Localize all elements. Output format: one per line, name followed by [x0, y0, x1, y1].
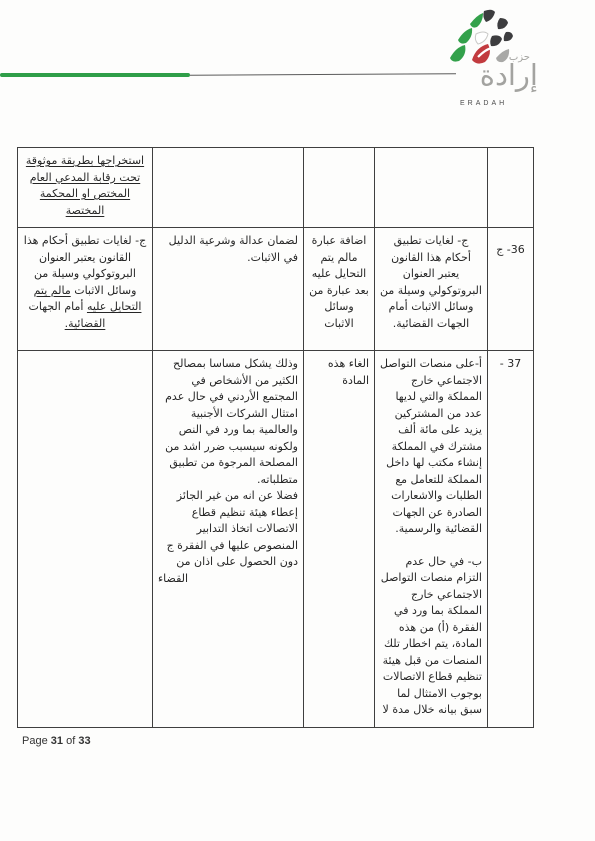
- cell-justification: وذلك يشكل مساسا بمصالح الكثير من الأشخاص…: [153, 351, 304, 728]
- cell-amended-text: ج- لغايات تطبيق أحكام هذا القانون يعتبر …: [18, 228, 153, 351]
- footer-of-word: of: [66, 735, 75, 747]
- justification-para1: وذلك يشكل مساسا بمصالح الكثير من الأشخاص…: [158, 356, 298, 488]
- amended-text-part3: القضائية.: [65, 317, 106, 330]
- justification-last-word: القضاء: [158, 571, 298, 588]
- cell-amendment-note-empty: [304, 148, 375, 228]
- cell-article-number-empty: [488, 148, 534, 228]
- footer-total-pages: 33: [78, 735, 90, 747]
- cell-justification: لضمان عدالة وشرعية الدليل في الاثبات.: [153, 228, 304, 351]
- table-row-continuation: استخراجها بطريقة موثوقة تحت رقابة المدعي…: [18, 148, 534, 228]
- cell-original-text-empty: [375, 148, 488, 228]
- original-text-clause-b: ب- في حال عدم التزام منصات التواصل الاجت…: [380, 554, 482, 719]
- amended-text-part2: أمام الجهات: [29, 300, 84, 313]
- header-thin-rule: [190, 73, 456, 76]
- cell-amended-text-continuation: استخراجها بطريقة موثوقة تحت رقابة المدعي…: [18, 148, 153, 228]
- cell-original-text: أ-على منصات التواصل الاجتماعي خارج الممل…: [375, 351, 488, 728]
- cell-amendment-note: اضافة عبارة مالم يتم التحايل عليه بعد عب…: [304, 228, 375, 351]
- header-green-rule: [0, 73, 190, 77]
- amended-text-underlined: استخراجها بطريقة موثوقة تحت رقابة المدعي…: [26, 154, 144, 217]
- cell-amended-text-empty: [18, 351, 153, 728]
- logo-name-arabic: إرادة: [480, 60, 538, 92]
- cell-article-number: 37 -: [488, 351, 534, 728]
- document-page: حزب إرادة ERADAH استخراجها بطريقة موثوقة…: [0, 0, 595, 841]
- eradah-party-logo: حزب إرادة ERADAH: [448, 6, 540, 112]
- footer-page-word: Page: [22, 735, 48, 747]
- cell-amendment-note: الغاء هذه المادة: [304, 351, 375, 728]
- page-number-footer: Page 31 of 33: [22, 735, 91, 747]
- original-text-clause-a: أ-على منصات التواصل الاجتماعي خارج الممل…: [380, 356, 482, 538]
- amendments-table: استخراجها بطريقة موثوقة تحت رقابة المدعي…: [17, 147, 534, 728]
- justification-para2: فضلا عن انه من غير الجائز إعطاء هيئة تنظ…: [158, 488, 298, 571]
- cell-original-text: ج- لغايات تطبيق أحكام هذا القانون يعتبر …: [375, 228, 488, 351]
- logo-name-english: ERADAH: [460, 100, 507, 107]
- footer-current-page: 31: [51, 735, 63, 747]
- table-row-article-37: 37 - أ-على منصات التواصل الاجتماعي خارج …: [18, 351, 534, 728]
- cell-justification-empty: [153, 148, 304, 228]
- table-row-article-36: 36- ج ج- لغايات تطبيق أحكام هذا القانون …: [18, 228, 534, 351]
- cell-article-number: 36- ج: [488, 228, 534, 351]
